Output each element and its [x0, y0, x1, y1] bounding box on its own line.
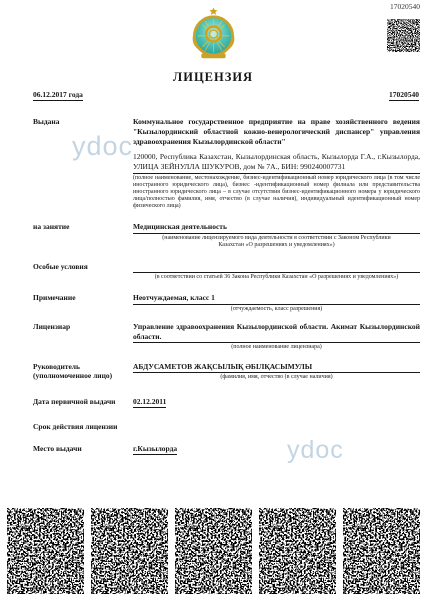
kazakhstan-emblem-icon	[191, 7, 236, 61]
issue-date: 06.12.2017 года	[33, 90, 83, 101]
licensor-value: Управление здравоохранения Кызылординско…	[133, 322, 420, 342]
field-issued-to: Выдана Коммунальное государственное пред…	[33, 117, 420, 210]
barcode-icon	[343, 508, 420, 594]
field-licensor: Лицензиар Управление здравоохранения Кыз…	[33, 322, 420, 352]
field-issue-place: Место выдачи г.Кызылорда	[33, 444, 420, 454]
field-label: Особые условия	[33, 262, 133, 272]
licensee-name: Коммунальное государственное предприятие…	[133, 117, 420, 146]
field-first-issue-date: Дата первичной выдачи 02.12.2011	[33, 397, 420, 407]
divider	[133, 272, 420, 273]
barcode-strip	[7, 508, 420, 594]
field-validity: Срок действия лицензии	[33, 422, 420, 432]
date-number-row: 06.12.2017 года 17020540	[33, 90, 419, 101]
field-label: на занятие	[33, 222, 133, 232]
field-label: Выдана	[33, 117, 133, 127]
field-label: Место выдачи	[33, 444, 133, 454]
field-label: Руководитель (уполномоченное лицо)	[33, 362, 133, 382]
field-label: Срок действия лицензии	[33, 422, 133, 432]
field-caption: (в соответствии со статьей 36 Закона Рес…	[133, 274, 420, 281]
special-conditions-value	[133, 262, 420, 271]
field-label: Примечание	[33, 293, 133, 303]
licensee-address: 120000, Республика Казахстан, Кызылордин…	[133, 152, 420, 172]
barcode-icon	[7, 508, 84, 594]
field-label: Дата первичной выдачи	[33, 397, 133, 407]
barcode-icon	[91, 508, 168, 594]
field-caption: (полное наименование лицензиара)	[133, 344, 420, 351]
field-label: Лицензиар	[33, 322, 133, 332]
page-title: ЛИЦЕНЗИЯ	[0, 70, 426, 85]
fields-section: Выдана Коммунальное государственное пред…	[33, 112, 420, 454]
barcode-icon	[259, 508, 336, 594]
license-number: 17020540	[389, 90, 419, 101]
field-activity: на занятие Медицинская деятельность (наи…	[33, 222, 420, 249]
field-head: Руководитель (уполномоченное лицо) АБДУС…	[33, 362, 420, 382]
activity-value: Медицинская деятельность	[133, 222, 420, 232]
divider	[133, 304, 420, 305]
field-caption: (наименование лицензируемого вида деятел…	[133, 235, 420, 249]
field-caption: (фамилия, имя, отчество (в случае наличи…	[133, 374, 420, 381]
divider	[133, 233, 420, 234]
field-caption: (отчуждаемость, класс разрешения)	[133, 306, 420, 313]
divider	[133, 173, 420, 174]
field-caption: (полное наименование, местонахождение, б…	[133, 175, 420, 210]
head-name: АБДУСАМЕТОВ ЖАҚСЫЛЫҚ ӘБІЛҚАСЫМУЛЫ	[133, 362, 420, 372]
first-issue-date-value: 02.12.2011	[133, 397, 166, 408]
field-special-conditions: Особые условия (в соответствии со статье…	[33, 262, 420, 281]
emblem-container	[0, 7, 426, 66]
field-note: Примечание Неотчуждаемая, класс 1 (отчуж…	[33, 293, 420, 313]
license-document: 17020540 ЛИЦЕНЗИЯ 06.12.2017 года 170205…	[0, 0, 426, 600]
barcode-icon	[175, 508, 252, 594]
note-value: Неотчуждаемая, класс 1	[133, 293, 420, 303]
issue-place-value: г.Кызылорда	[133, 444, 177, 455]
